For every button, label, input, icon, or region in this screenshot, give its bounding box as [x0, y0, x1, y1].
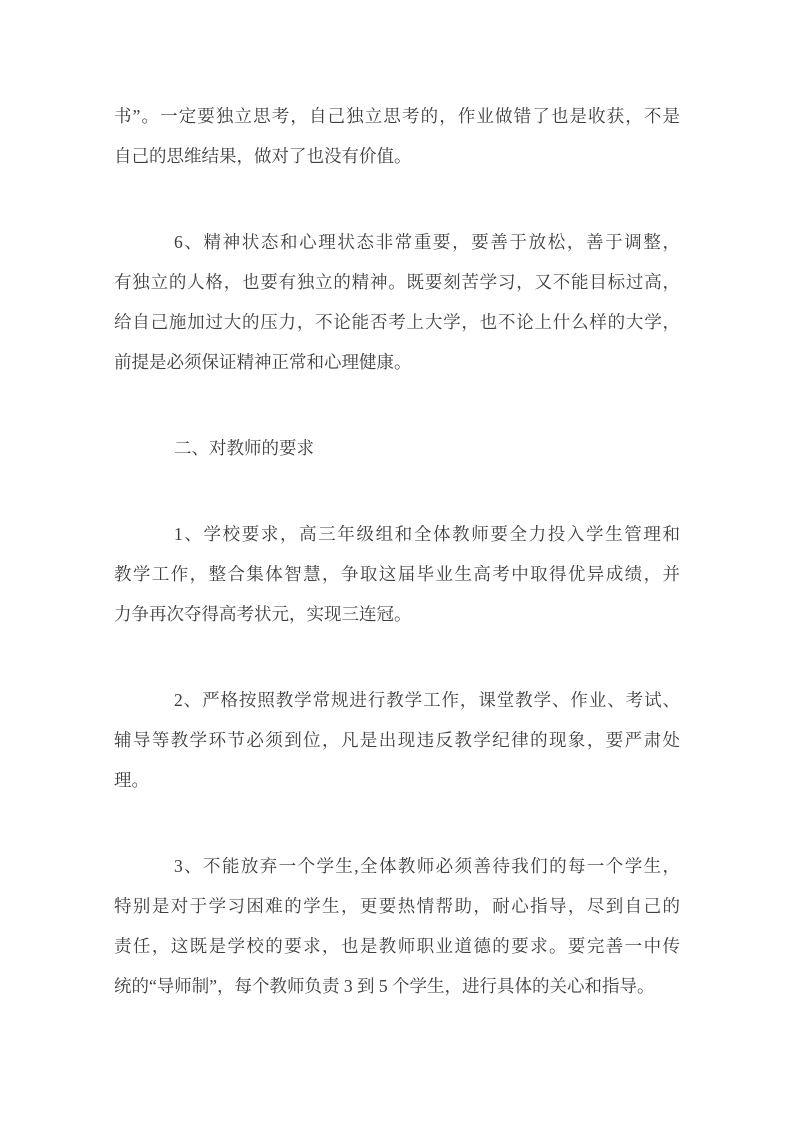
- paragraph-continuation: 书”。一定要独立思考，自己独立思考的，作业做错了也是收获，不是 自己的思维结果，…: [114, 96, 680, 176]
- text-line: 自己的思维结果，做对了也没有价值。: [114, 136, 680, 176]
- section-heading-teachers: 二、对教师的要求: [114, 428, 680, 468]
- text-line: 3、不能放弃一个学生,全体教师必须善待我们的每一个学生，: [114, 846, 680, 886]
- text-line: 辅导等教学环节必须到位，凡是出现违反教学纪律的现象，要严肃处: [114, 720, 680, 760]
- text-line: 特别是对于学习困难的学生，更要热情帮助，耐心指导，尽到自己的: [114, 886, 680, 926]
- text-line: 6、精神状态和心理状态非常重要，要善于放松，善于调整，: [114, 222, 680, 262]
- text-line: 前提是必须保证精神正常和心理健康。: [114, 342, 680, 382]
- document-page: 书”。一定要独立思考，自己独立思考的，作业做错了也是收获，不是 自己的思维结果，…: [0, 0, 793, 1122]
- heading-line: 二、对教师的要求: [114, 428, 680, 468]
- text-line: 力争再次夺得高考状元，实现三连冠。: [114, 594, 680, 634]
- text-line: 统的“导师制”，每个教师负责 3 到 5 个学生，进行具体的关心和指导。: [114, 966, 680, 1006]
- paragraph-item-1: 1、学校要求，高三年级组和全体教师要全力投入学生管理和 教学工作，整合集体智慧，…: [114, 514, 680, 634]
- text-line: 教学工作，整合集体智慧，争取这届毕业生高考中取得优异成绩，并: [114, 554, 680, 594]
- paragraph-item-3: 3、不能放弃一个学生,全体教师必须善待我们的每一个学生， 特别是对于学习困难的学…: [114, 846, 680, 1006]
- text-line: 有独立的人格，也要有独立的精神。既要刻苦学习，又不能目标过高，: [114, 262, 680, 302]
- text-line: 2、严格按照教学常规进行教学工作，课堂教学、作业、考试、: [114, 680, 680, 720]
- paragraph-item-2: 2、严格按照教学常规进行教学工作，课堂教学、作业、考试、 辅导等教学环节必须到位…: [114, 680, 680, 800]
- text-line: 书”。一定要独立思考，自己独立思考的，作业做错了也是收获，不是: [114, 96, 680, 136]
- text-line: 理。: [114, 760, 680, 800]
- paragraph-item-6: 6、精神状态和心理状态非常重要，要善于放松，善于调整， 有独立的人格，也要有独立…: [114, 222, 680, 382]
- text-line: 责任，这既是学校的要求，也是教师职业道德的要求。要完善一中传: [114, 926, 680, 966]
- text-line: 1、学校要求，高三年级组和全体教师要全力投入学生管理和: [114, 514, 680, 554]
- text-line: 给自己施加过大的压力，不论能否考上大学，也不论上什么样的大学，: [114, 302, 680, 342]
